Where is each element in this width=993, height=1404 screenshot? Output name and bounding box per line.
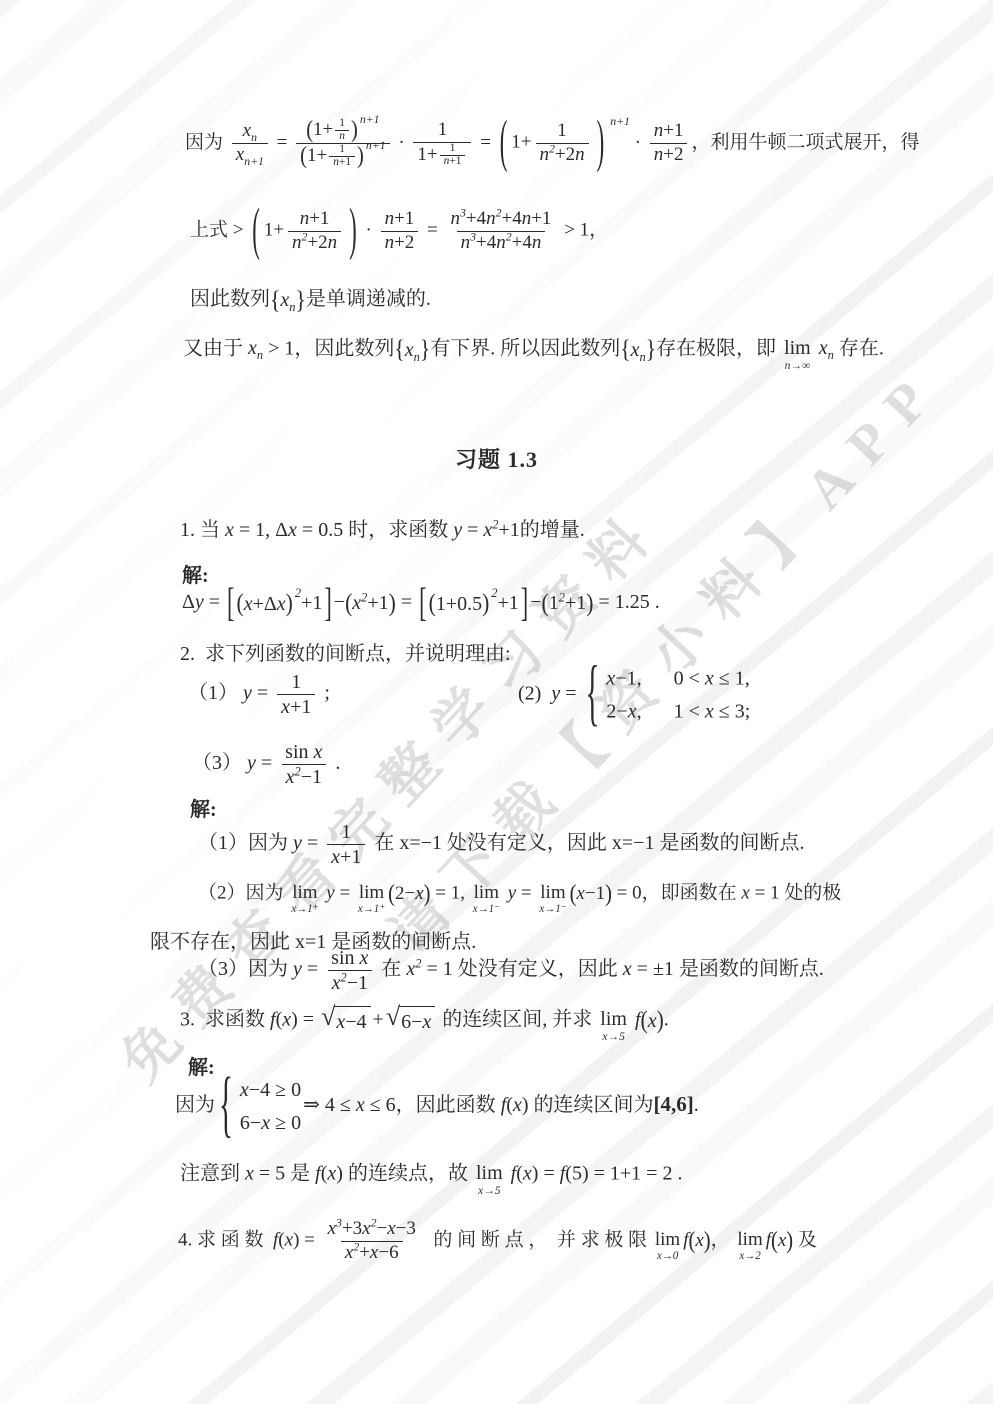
formula-upper-bound: 上式 > (1+n+1n2+2n) · n+1n+2 = n3+4n2+4n+1…	[190, 208, 608, 255]
solution-label-1: 解:	[182, 563, 209, 589]
para-monotonic-decreasing: 因此数列{xn}是单调递减的.	[190, 286, 431, 313]
q3-limit-result: 注意到 x = 5 是 f(x) 的连续点，故 limx→5 f(x) = f(…	[180, 1158, 682, 1192]
q2-item-3: （3） y = sin xx2−1 .	[192, 740, 340, 789]
question-3: 3. 求函数 f(x) = √x−4+√6−x 的连续区间, 并求 limx→5…	[180, 1004, 669, 1038]
q3-domain-derivation: 因为{x−4 ≥ 06−x ≥ 0⇒ 4 ≤ x ≤ 6，因此函数 f(x) 的…	[175, 1077, 699, 1136]
question-1: 1. 当 x = 1, Δx = 0.5 时，求函数 y = x2+1的增量.	[180, 517, 585, 543]
q2-answer-3: （3）因为 y = sin xx2−1 在 x2 = 1 处没有定义，因此 x …	[198, 946, 824, 995]
document-page: 免费查看完整学习资料 请下载【资小料】APP 因为 xnxn+1 = (1+1n…	[0, 0, 993, 1404]
q2-items-1-2: （1） y = 1x+1 ;(2) y = {x−1,0 < x ≤ 1,2−x…	[188, 670, 330, 719]
question-2: 2. 求下列函数的间断点，并说明理由:	[180, 641, 511, 667]
para-limit-exists: 又由于 xn > 1，因此数列{xn}有下界. 所以因此数列{xn}存在极限，即…	[183, 333, 884, 367]
formula-xn-ratio: 因为 xnxn+1 = (1+1n)n+1(1+1n+1)n+1 · 11+1n…	[185, 118, 919, 169]
q2-answer-2: （2）因为 limx→1⁺ y = limx→1⁺(2−x) = 1, limx…	[198, 878, 841, 910]
exercise-heading: 习题 1.3	[0, 446, 993, 475]
formula-delta-y: Δy = [(x+Δx)2+1]−(x2+1) = [(1+0.5)2+1]−(…	[182, 589, 660, 617]
question-4: 4. 求 函 数 f(x) = x3+3x2−x−3x2+x−6 的 间 断 点…	[178, 1218, 817, 1265]
q2-answer-1: （1）因为 y = 1x+1 在 x=−1 处没有定义，因此 x=−1 是函数的…	[198, 820, 804, 869]
document-content: 因为 xnxn+1 = (1+1n)n+1(1+1n+1)n+1 · 11+1n…	[0, 0, 993, 1404]
